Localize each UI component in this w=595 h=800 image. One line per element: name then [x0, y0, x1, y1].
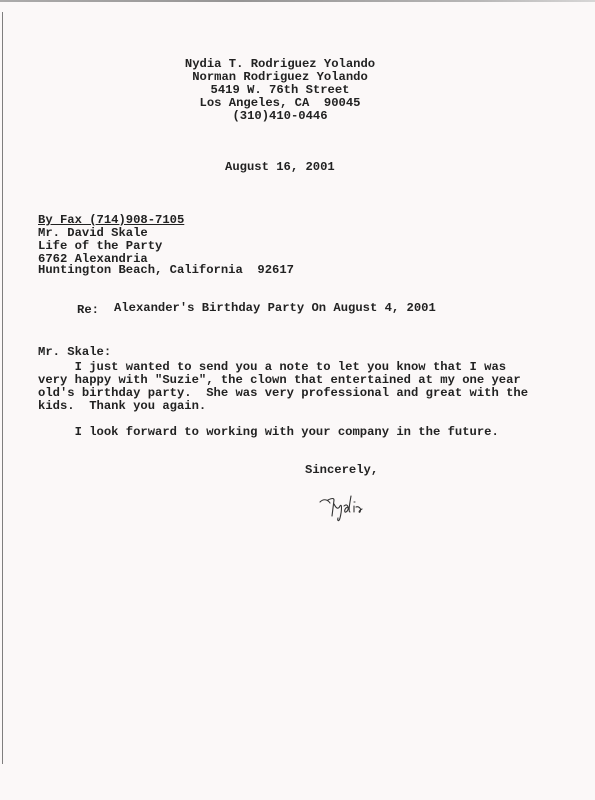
recipient-line: Huntington Beach, California 92617 — [38, 264, 294, 277]
letter-date: August 16, 2001 — [225, 161, 335, 174]
body-line: I look forward to working with your comp… — [38, 426, 499, 439]
subject-label: Re: — [77, 304, 99, 317]
handwritten-signature-icon — [318, 494, 388, 524]
scan-top-edge — [0, 0, 595, 2]
scan-left-edge — [2, 12, 3, 764]
salutation: Mr. Skale: — [38, 346, 111, 359]
closing: Sincerely, — [305, 464, 378, 477]
subject-text: Alexander's Birthday Party On August 4, … — [114, 302, 436, 315]
body-line: kids. Thank you again. — [38, 400, 206, 413]
letterhead-line: (310)410-0446 — [120, 110, 440, 123]
